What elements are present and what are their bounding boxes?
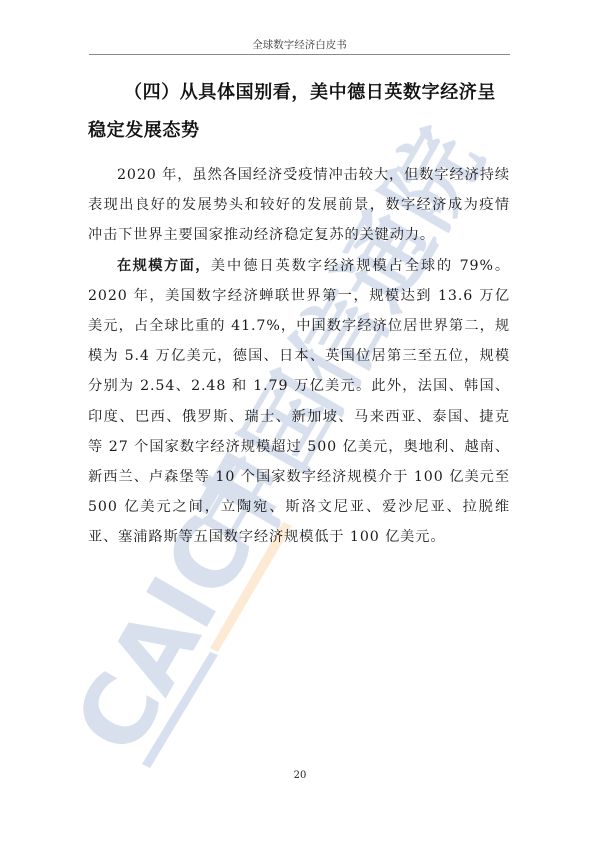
- paragraph-text: 2020 年，虽然各国经济受疫情冲击较大，但数字经济持续表现出良好的发展势头和较…: [88, 167, 510, 243]
- body-paragraph: 2020 年，虽然各国经济受疫情冲击较大，但数字经济持续表现出良好的发展势头和较…: [88, 160, 510, 251]
- document-body: （四）从具体国别看，美中德日英数字经济呈稳定发展态势 2020 年，虽然各国经济…: [88, 74, 510, 553]
- body-paragraph: 在规模方面，美中德日英数字经济规模占全球的 79%。2020 年，美国数字经济蝉…: [88, 251, 510, 553]
- section-heading: （四）从具体国别看，美中德日英数字经济呈稳定发展态势: [88, 74, 510, 150]
- paragraph-text: 美中德日英数字经济规模占全球的 79%。2020 年，美国数字经济蝉联世界第一，…: [88, 258, 510, 546]
- paragraph-lead-bold: 在规模方面，: [117, 258, 211, 274]
- document-page: 全球数字经济白皮书 CAICT 中国信通院 （四）从具体国别看，美中德日英数字经…: [0, 0, 600, 848]
- header-rule: [89, 54, 510, 55]
- running-header: 全球数字经济白皮书: [89, 38, 510, 52]
- page-number: 20: [0, 770, 600, 781]
